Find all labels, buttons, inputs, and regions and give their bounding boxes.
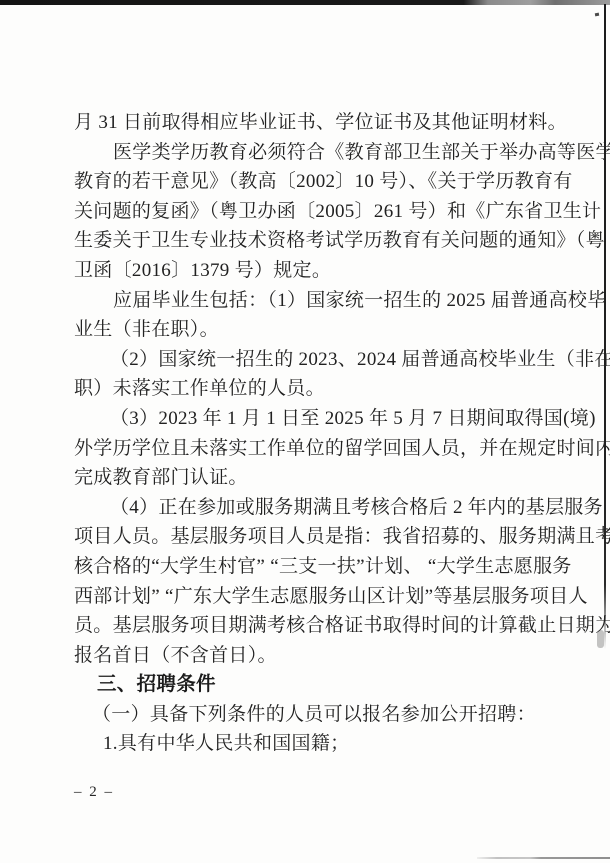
doc-line: 西部计划” “广东大学生志愿服务山区计划”等基层服务项目人 bbox=[74, 582, 544, 612]
doc-line: 教育的若干意见》（教高〔2002〕10 号）、《关于学历教育有 bbox=[74, 167, 544, 197]
doc-line: 关问题的复函》（粤卫办函〔2005〕261 号）和《广东省卫生计 bbox=[74, 197, 544, 227]
doc-line: （3）2023 年 1 月 1 日至 2025 年 5 月 7 日期间取得国(境… bbox=[74, 404, 544, 434]
doc-line: 完成教育部门认证。 bbox=[74, 463, 544, 493]
scan-artifact-bottom-edge bbox=[477, 857, 610, 859]
doc-line: 月 31 日前取得相应毕业证书、学位证书及其他证明材料。 bbox=[74, 108, 544, 138]
doc-line: 1.具有中华人民共和国国籍； bbox=[74, 729, 544, 759]
doc-line: 生委关于卫生专业技术资格考试学历教育有关问题的通知》（粤 bbox=[74, 226, 544, 256]
doc-line: 员。基层服务项目期满考核合格证书取得时间的计算截止日期为 bbox=[74, 611, 544, 641]
scan-artifact-right-edge bbox=[604, 4, 606, 649]
doc-line: 业生（非在职）。 bbox=[74, 315, 544, 345]
scan-artifact-top-edge bbox=[0, 0, 610, 5]
section-heading: 三、招聘条件 bbox=[74, 670, 544, 700]
doc-line: 项目人员。基层服务项目人员是指：我省招募的、服务期满且考 bbox=[74, 522, 544, 552]
doc-line: 职）未落实工作单位的人员。 bbox=[74, 374, 544, 404]
doc-line: 外学历学位且未落实工作单位的留学回国人员，并在规定时间内 bbox=[74, 434, 544, 464]
doc-line: 卫函〔2016〕1379 号）规定。 bbox=[74, 256, 544, 286]
scan-artifact-speck bbox=[595, 13, 599, 17]
doc-line: 应届毕业生包括：（1）国家统一招生的 2025 届普通高校毕 bbox=[74, 286, 544, 316]
doc-line: 报名首日（不含首日）。 bbox=[74, 641, 544, 671]
page-number: – 2 – bbox=[74, 784, 114, 801]
doc-line: 核合格的“大学生村官” “三支一扶”计划、 “大学生志愿服务 bbox=[74, 552, 544, 582]
doc-line: （2）国家统一招生的 2023、2024 届普通高校毕业生（非在 bbox=[74, 345, 544, 375]
doc-line: （4）正在参加或服务期满且考核合格后 2 年内的基层服务 bbox=[74, 493, 544, 523]
document-body: 月 31 日前取得相应毕业证书、学位证书及其他证明材料。 医学类学历教育必须符合… bbox=[74, 108, 544, 759]
doc-line: 医学类学历教育必须符合《教育部卫生部关于举办高等医学 bbox=[74, 138, 544, 168]
doc-line: （一）具备下列条件的人员可以报名参加公开招聘： bbox=[74, 700, 544, 730]
scanned-page: 月 31 日前取得相应毕业证书、学位证书及其他证明材料。 医学类学历教育必须符合… bbox=[0, 0, 610, 863]
